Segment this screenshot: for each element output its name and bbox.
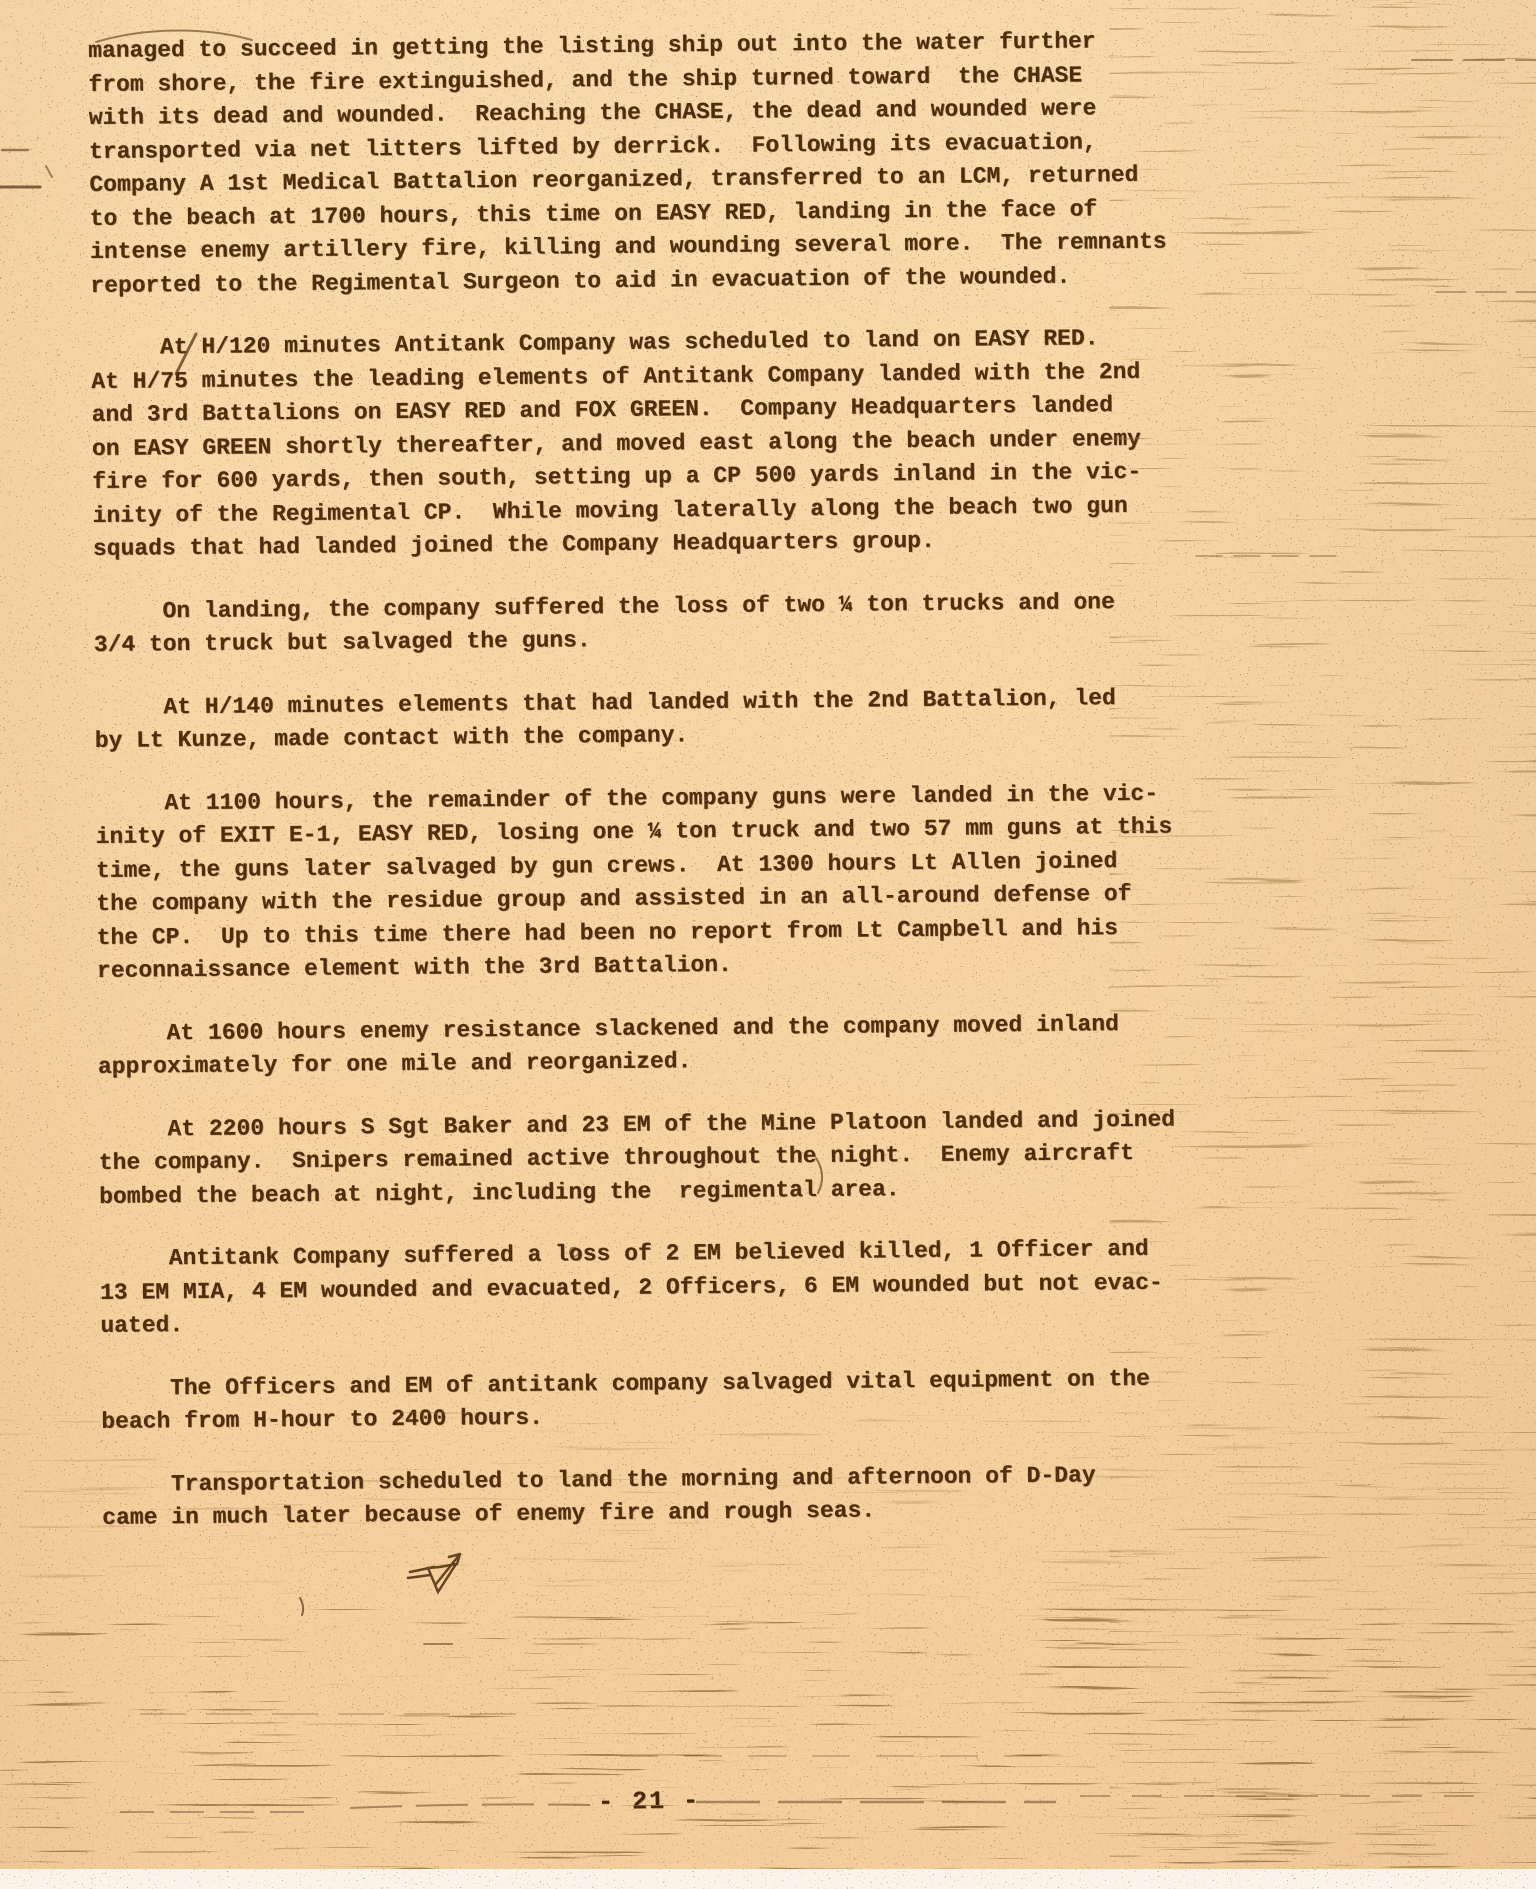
paragraph: managed to succeed in getting the listin… <box>88 25 1167 303</box>
paragraph: At H/140 minutes elements that had lande… <box>94 681 1171 758</box>
small-squiggle <box>300 1598 303 1615</box>
bottom-streak-band <box>0 1620 1536 1872</box>
paragraph: At 2200 hours S Sgt Baker and 23 EM of t… <box>98 1103 1175 1214</box>
scanned-page: managed to succeed in getting the listin… <box>0 0 1536 1889</box>
bottom-edge-strip <box>0 1869 1536 1889</box>
paragraph: The Officers and EM of antitank company … <box>101 1362 1178 1439</box>
paragraph: On landing, the company suffered the los… <box>93 585 1170 662</box>
pagenum-streak-left2 <box>350 1804 590 1808</box>
left-margin-tick <box>46 166 52 177</box>
paragraph: Transportation scheduled to land the mor… <box>102 1458 1179 1535</box>
bottom-edge-noise <box>0 1869 1536 1889</box>
document-text: managed to succeed in getting the listin… <box>88 25 1179 1565</box>
paragraph: At 1100 hours, the remainder of the comp… <box>95 777 1173 988</box>
paragraph: Antitank Company suffered a loss of 2 EM… <box>100 1233 1177 1344</box>
paragraph: At 1600 hours enemy resistance slackened… <box>97 1007 1174 1084</box>
right-margin-streaks <box>1130 0 1536 1889</box>
paragraph: At H/120 minutes Antitank Company was sc… <box>91 322 1170 567</box>
page-number: - 21 - <box>598 1786 700 1816</box>
